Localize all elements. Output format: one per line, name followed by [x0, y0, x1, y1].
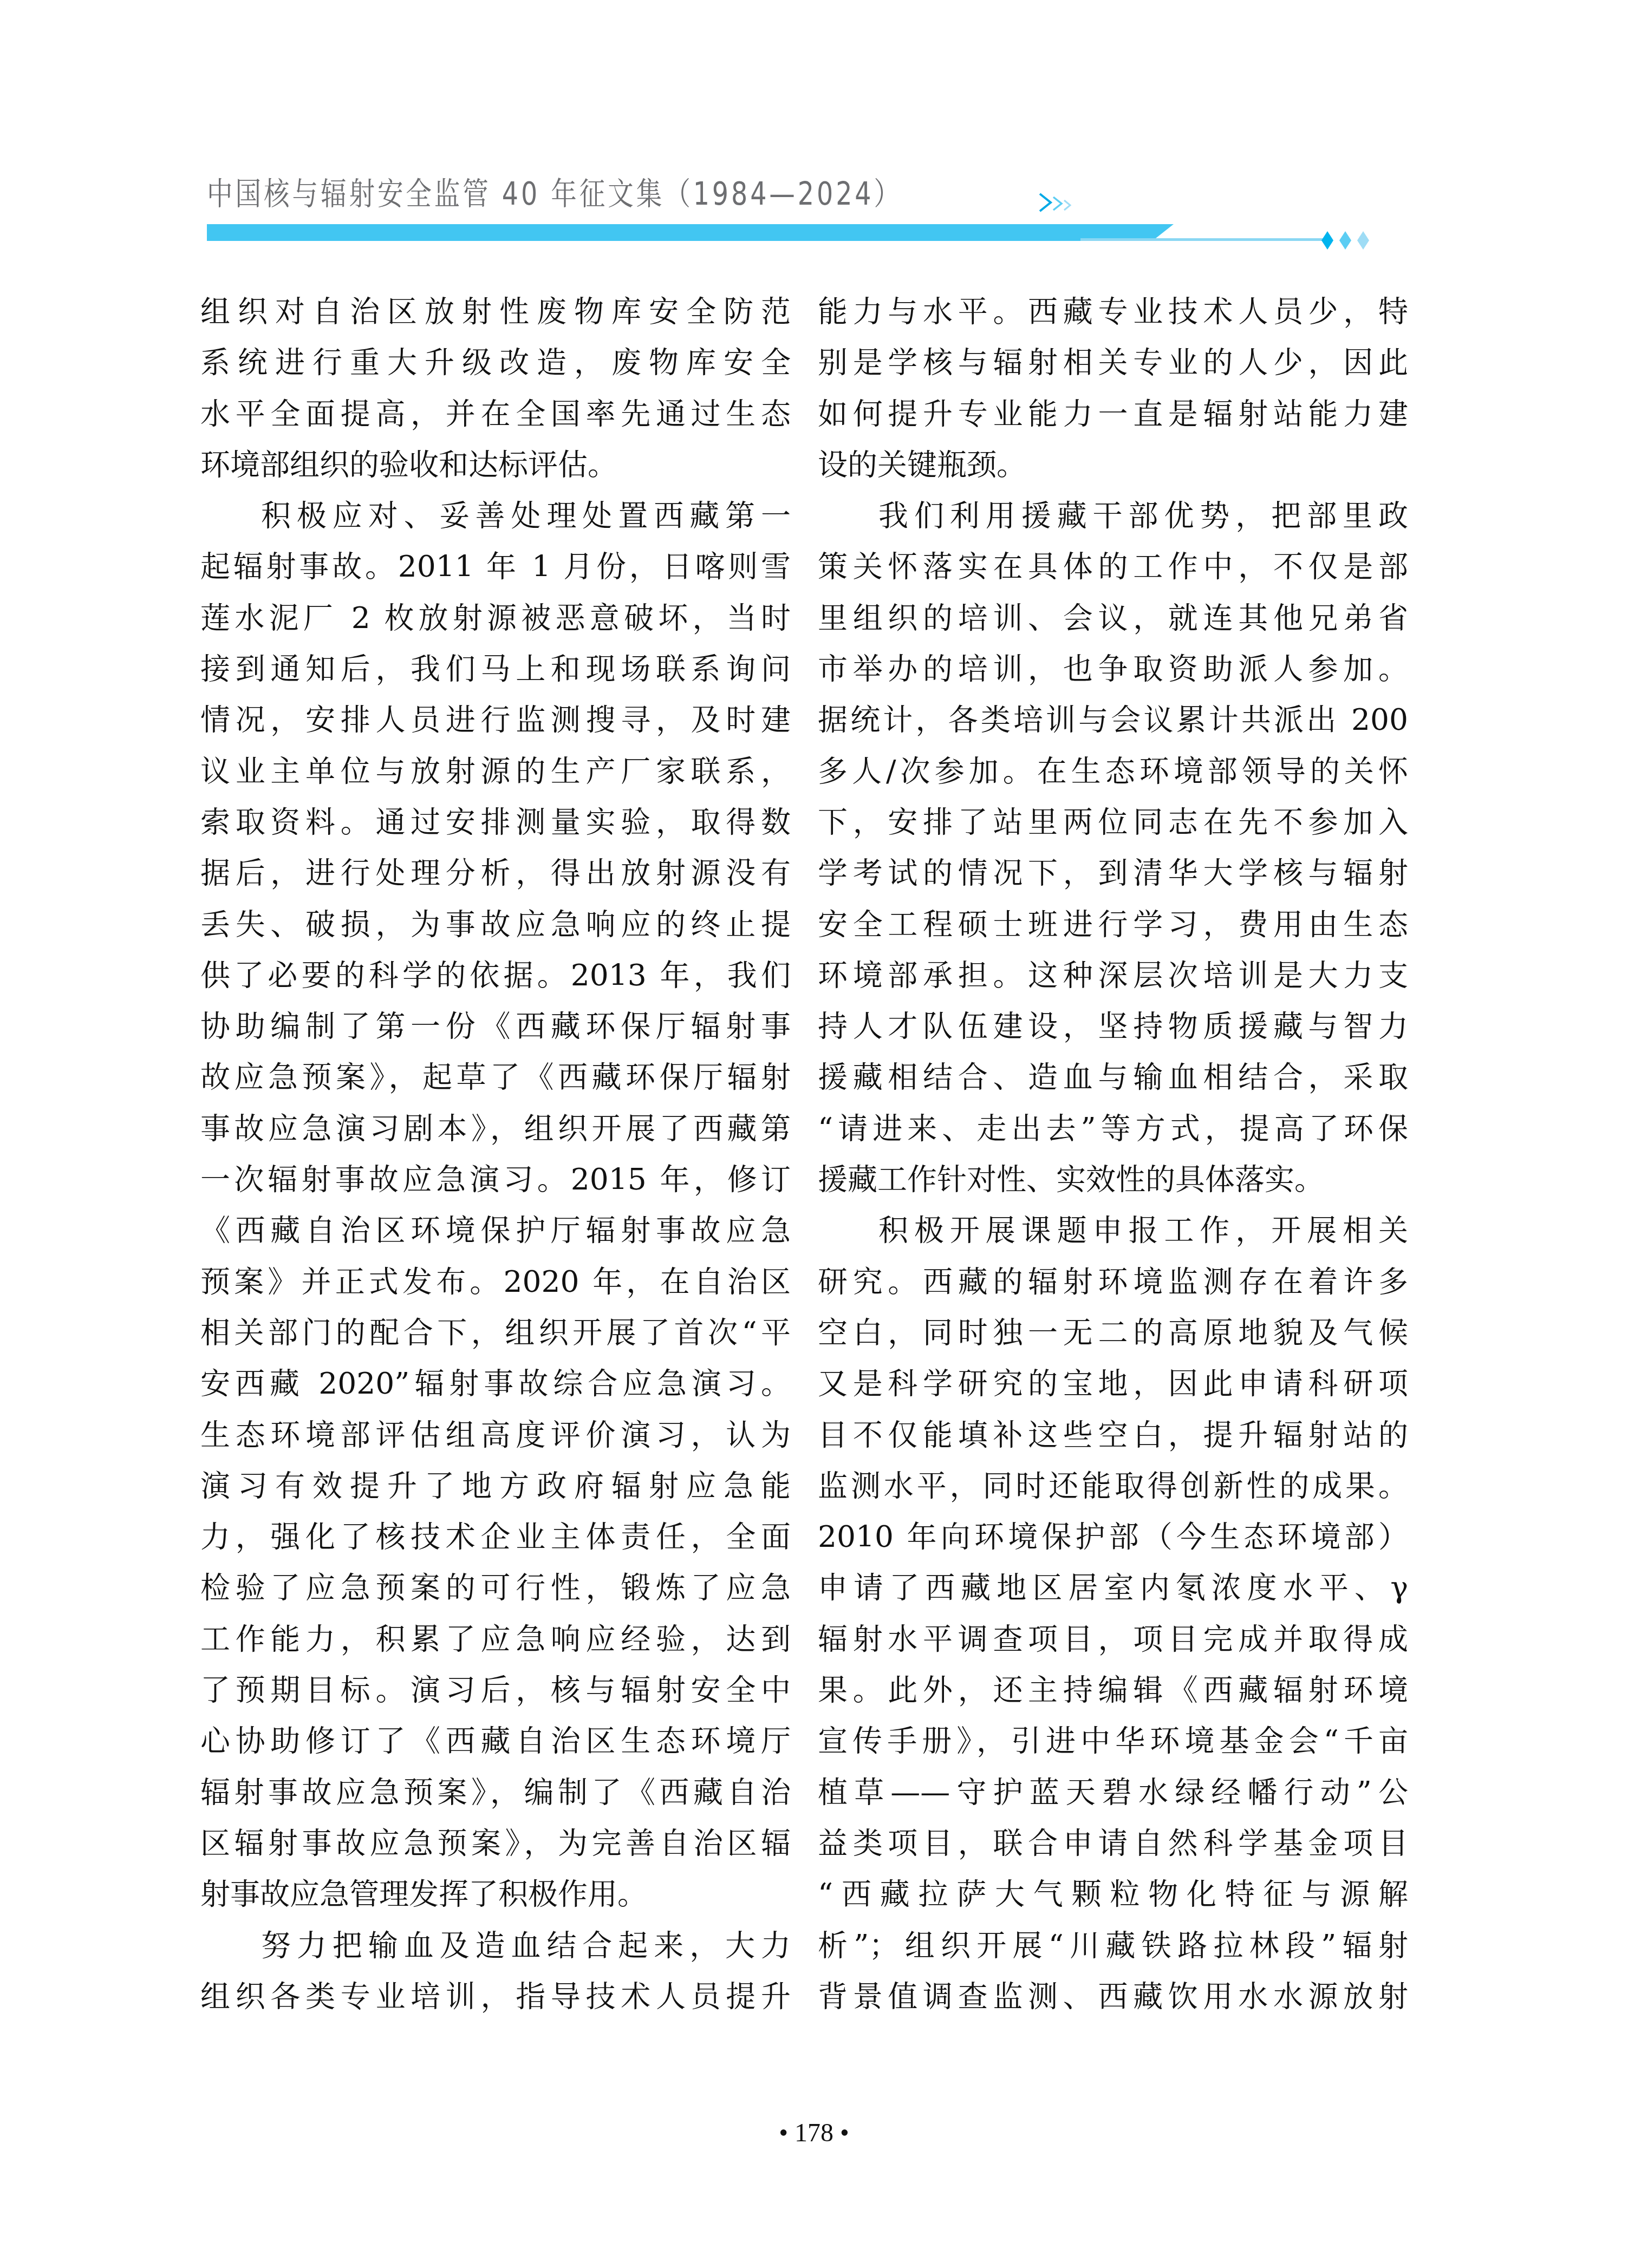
text-line: 积极开展课题申报工作，开展相关 [818, 1205, 1408, 1256]
text-line: 下，安排了站里两位同志在先不参加入 [818, 796, 1408, 847]
text-line: 组织各类专业培训，指导技术人员提升 [200, 1971, 791, 2022]
text-line: 空白，同时独一无二的高原地貌及气候 [818, 1307, 1408, 1358]
text-line: 组织对自治区放射性废物库安全防范 [200, 286, 791, 337]
text-line: 起辐射事故。2011 年 1 月份，日喀则雪 [200, 541, 791, 592]
text-line: 学考试的情况下，到清华大学核与辐射 [818, 847, 1408, 898]
text-line: 申请了西藏地区居室内氡浓度水平、γ [818, 1562, 1408, 1613]
page-number: • 178 • [0, 2117, 1628, 2149]
right-column: 能力与水平。西藏专业技术人员少，特别是学核与辐射相关专业的人少，因此如何提升专业… [818, 286, 1408, 2022]
text-line: 相关部门的配合下，组织开展了首次“平 [200, 1307, 791, 1358]
text-line: 区辐射事故应急预案》，为完善自治区辐 [200, 1818, 791, 1868]
text-line: 环境部承担。这种深层次培训是大力支 [818, 950, 1408, 1001]
text-line: 努力把输血及造血结合起来，大力 [200, 1920, 791, 1971]
text-line: 益类项目，联合申请自然科学基金项目 [818, 1818, 1408, 1868]
text-line: 力，强化了核技术企业主体责任，全面 [200, 1511, 791, 1562]
diamond-ornament-icon [1321, 231, 1376, 250]
text-line: 莲水泥厂 2 枚放射源被恶意破坏，当时 [200, 592, 791, 643]
text-line: 多人/次参加。在生态环境部领导的关怀 [818, 746, 1408, 796]
text-line: 里组织的培训、会议，就连其他兄弟省 [818, 592, 1408, 643]
header-accent-bar [207, 224, 1174, 241]
triple-chevron-right-icon [1039, 193, 1077, 214]
text-line: 协助编制了第一份《西藏环保厅辐射事 [200, 1001, 791, 1051]
text-line: 《西藏自治区环境保护厅辐射事故应急 [200, 1205, 791, 1256]
text-line: 检验了应急预案的可行性，锻炼了应急 [200, 1562, 791, 1613]
book-title: 中国核与辐射安全监管 40 年征文集（1984—2024） [207, 172, 902, 215]
text-line: 又是科学研究的宝地，因此申请科研项 [818, 1358, 1408, 1409]
text-line: 供了必要的科学的依据。2013 年，我们 [200, 950, 791, 1001]
text-line: 研究。西藏的辐射环境监测存在着许多 [818, 1256, 1408, 1307]
text-line: 目不仅能填补这些空白，提升辐射站的 [818, 1409, 1408, 1460]
text-line: 持人才队伍建设，坚持物质援藏与智力 [818, 1001, 1408, 1051]
text-line: 2010 年向环境保护部（今生态环境部） [818, 1511, 1408, 1562]
text-line: 辐射事故应急预案》，编制了《西藏自治 [200, 1767, 791, 1818]
text-line: 策关怀落实在具体的工作中，不仅是部 [818, 541, 1408, 592]
text-line: 故应急预案》，起草了《西藏环保厅辐射 [200, 1051, 791, 1102]
text-line: 能力与水平。西藏专业技术人员少，特 [818, 286, 1408, 337]
text-line: 市举办的培训，也争取资助派人参加。 [818, 643, 1408, 694]
text-line: 别是学核与辐射相关专业的人少，因此 [818, 337, 1408, 388]
text-line: 工作能力，积累了应急响应经验，达到 [200, 1613, 791, 1664]
text-line: 预案》并正式发布。2020 年，在自治区 [200, 1256, 791, 1307]
text-line: “请进来、走出去”等方式，提高了环保 [818, 1103, 1408, 1154]
text-line: 监测水平，同时还能取得创新性的成果。 [818, 1460, 1408, 1511]
text-line: 安西藏 2020”辐射事故综合应急演习。 [200, 1358, 791, 1409]
text-line: 背景值调查监测、西藏饮用水水源放射 [818, 1971, 1408, 2022]
text-line: 索取资料。通过安排测量实验，取得数 [200, 796, 791, 847]
text-line: 生态环境部评估组高度评价演习，认为 [200, 1409, 791, 1460]
text-line: 积极应对、妥善处理处置西藏第一 [200, 490, 791, 541]
text-line: 设的关键瓶颈。 [818, 439, 1408, 490]
text-line: 心协助修订了《西藏自治区生态环境厅 [200, 1715, 791, 1766]
text-line: 接到通知后，我们马上和现场联系询问 [200, 643, 791, 694]
text-line: 辐射水平调查项目，项目完成并取得成 [818, 1613, 1408, 1664]
text-line: 系统进行重大升级改造，废物库安全 [200, 337, 791, 388]
text-line: 议业主单位与放射源的生产厂家联系， [200, 746, 791, 796]
text-line: 了预期目标。演习后，核与辐射安全中 [200, 1664, 791, 1715]
text-line: 演习有效提升了地方政府辐射应急能 [200, 1460, 791, 1511]
text-line: 据统计，各类培训与会议累计共派出 200 [818, 694, 1408, 745]
text-line: 果。此外，还主持编辑《西藏辐射环境 [818, 1664, 1408, 1715]
text-line: 射事故应急管理发挥了积极作用。 [200, 1868, 791, 1919]
left-column: 组织对自治区放射性废物库安全防范系统进行重大升级改造，废物库安全水平全面提高，并… [200, 286, 791, 2022]
text-line: 水平全面提高，并在全国率先通过生态 [200, 388, 791, 439]
text-line: 析”；组织开展“川藏铁路拉林段”辐射 [818, 1920, 1408, 1971]
text-line: 据后，进行处理分析，得出放射源没有 [200, 847, 791, 898]
text-line: “西藏拉萨大气颗粒物化特征与源解 [818, 1868, 1408, 1919]
text-line: 我们利用援藏干部优势，把部里政 [818, 490, 1408, 541]
header-rule-line [1080, 238, 1327, 241]
text-line: 环境部组织的验收和达标评估。 [200, 439, 791, 490]
text-line: 植草——守护蓝天碧水绿经幡行动”公 [818, 1767, 1408, 1818]
text-line: 事故应急演习剧本》，组织开展了西藏第 [200, 1103, 791, 1154]
text-line: 如何提升专业能力一直是辐射站能力建 [818, 388, 1408, 439]
text-line: 丢失、破损，为事故应急响应的终止提 [200, 899, 791, 950]
text-line: 安全工程硕士班进行学习，费用由生态 [818, 899, 1408, 950]
text-line: 宣传手册》，引进中华环境基金会“千亩 [818, 1715, 1408, 1766]
text-line: 一次辐射事故应急演习。2015 年，修订 [200, 1154, 791, 1205]
text-line: 援藏工作针对性、实效性的具体落实。 [818, 1154, 1408, 1205]
text-line: 情况，安排人员进行监测搜寻，及时建 [200, 694, 791, 745]
text-line: 援藏相结合、造血与输血相结合，采取 [818, 1051, 1408, 1102]
